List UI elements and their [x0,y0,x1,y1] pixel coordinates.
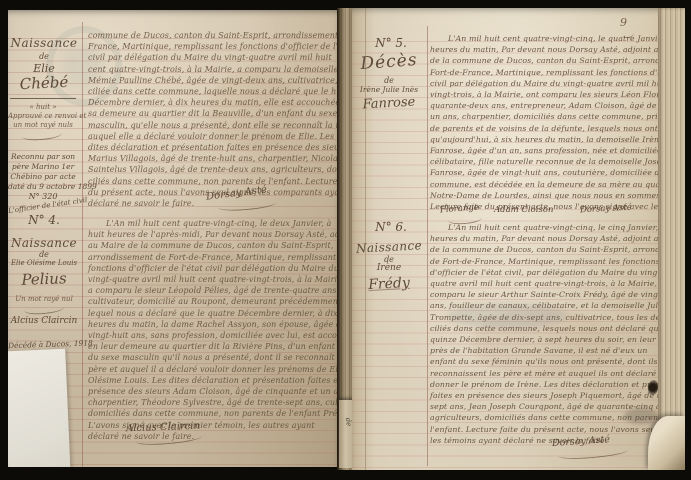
handwriting-line: enfant du sexe féminin qu'ils nous ont p… [430,356,680,367]
act-body-text: L'An mil huit cent quatre-vingt-cinq, le… [88,218,337,442]
handwriting-line: masculin, qu'elle nous a présenté, dont … [88,120,337,131]
margin-title-de: de [8,52,80,61]
margin-separator [10,98,76,99]
witness-signature: Adam Cloison [494,205,553,215]
margin-mention-line: père Marino 1er [8,162,78,171]
handwriting-line: donner le prénom de Irène. Les dites déc… [430,379,680,390]
handwriting-line: Notre-Dame de Lourdes, ainsi que nous no… [430,190,680,201]
margin-title-naissance: Naissance [8,36,80,50]
handwriting-line: du sexe masculin qu'il nous a présenté, … [88,352,337,363]
handwriting-line: France, Martinique, remplissant les fonc… [88,41,337,52]
margin-title-de: de [354,76,424,85]
act-number: N° 4. [8,213,80,227]
handwriting-line: de parents et de voisins de la défunte, … [430,123,680,134]
handwriting-line: heures du matin, Par devant nous Dorsay … [430,233,680,244]
handwriting-line: en leur demeure au quartier dit la Riviè… [88,341,337,352]
handwriting-line: heures du matin, Par devant nous Dorsay … [430,44,680,55]
handwriting-line: d'officier de l'état civil, par délégati… [430,267,680,278]
handwriting-line: a comparu le sieur Léopold Pélies, âgé d… [88,285,337,296]
left-page: Naissance de Elie Chébé « huit » Approuv… [8,10,337,467]
ink-smudge [624,408,658,424]
handwriting-line: quinze Décembre dernier, à sept heures d… [430,334,680,345]
handwriting-line: Décembre dernier, à dix heures du matin,… [88,97,337,108]
margin-note-line: un mot rayé nuls [8,121,78,129]
act-number: N° 6. [358,220,424,234]
handwriting-line: vingt-huit ans, sans profession, domicil… [88,330,337,341]
handwriting-line: heures du matin, la dame Rachel Assyon, … [88,319,337,330]
handwriting-line: Mémie Paulline Chébé, âgée de vingt-deux… [88,75,337,86]
handwriting-line: comparu le sieur Arthur Sainte-Croix Fré… [430,289,680,300]
handwriting-line: domiciliés dans cette commune, non paren… [88,408,337,419]
handwriting-line: quatre avril mil huit cent quatre-vingt-… [430,278,680,289]
margin-signature: Alcius Claircin [8,316,80,326]
margin-title-firstnames: Elie Olésime Louis [8,259,80,267]
handwriting-line: commune de Ducos, canton du Saint-Esprit… [88,30,337,41]
handwriting-line: civil par délégation du Maire du vingt-q… [88,52,337,63]
right-page: 9 N° 5. Décès de Irène Julie Inès Fanros… [352,8,685,470]
handwriting-line: Olésime Louis. Les dites déclaration et … [88,375,337,386]
handwriting-line: Fanrose, âgée de vingt-huit ans, couturi… [430,167,680,178]
margin-note-line: Un mot rayé nul [8,295,80,303]
margin-mention-line: daté du 9 octobre 1899 [8,182,78,191]
margin-mention-line: Chébino par acte [8,172,78,181]
handwriting-line: vingt-quatre avril mil huit cent quatre-… [88,274,337,285]
margin-title-naissance: Naissance [8,236,80,250]
act-body-text: L'An mil huit cent quatre-vingt-cinq, le… [430,33,680,212]
handwriting-line: présence des sieurs Adam Cloison, âgé de… [88,386,337,397]
handwriting-line: quarante-deux ans, entrepreneur, Adam Cl… [430,100,680,111]
handwriting-line: Marius Villagois, âgé de trente-huit ans… [88,153,337,164]
handwriting-line: qu'aujourd'hui, à six heures du matin, l… [430,134,680,145]
handwriting-line: père et auquel il a déclaré vouloir donn… [88,364,337,375]
handwriting-line: vingt-trois, à la Mairie, ont comparu le… [430,89,680,100]
handwriting-line: de Fort-de-France, Martinique, remplissa… [430,256,680,267]
ink-show-through [447,303,567,329]
margin-title-surname: Pelius [8,269,80,290]
handwriting-line: arrondissement de Fort-de-France, Martin… [88,252,337,263]
handwriting-line: auquel elle a déclaré vouloir donner le … [88,131,337,142]
handwriting-line: un ans, charpentier, domiciliés dans cet… [430,111,680,122]
handwriting-line: cultivateur, domicilié au Roupont, demeu… [88,296,337,307]
handwriting-line: civil par délégation du Maire du vingt-q… [430,78,680,89]
margin-note-line: « huit » [8,103,78,111]
act-number: N° 5. [358,36,424,50]
stacked-pages-edge [658,8,685,470]
handwriting-line: reconnaissent les père et mère et auquel… [430,368,680,379]
handwriting-line: ciliée dans cette commune, laquelle nous… [88,86,337,97]
handwriting-line: célibataire, fille naturelle reconnue de… [430,156,680,167]
margin-title-surname: Chébé [8,72,80,94]
act-body-text: commune de Ducos, canton du Saint-Esprit… [88,30,337,209]
handwriting-line: huit heures de l'après-midi, Par devant … [88,229,337,240]
margin-title-de: de [8,250,80,259]
margin-title-firstnames: Irène Julie Inès [354,85,424,94]
page-number: 9 [620,16,627,29]
handwriting-line: de la commune de Ducos, canton du Saint-… [430,55,680,66]
blank-paper-patch [8,349,71,467]
handwriting-line: L'An mil huit cent quatre-vingt-cinq, le… [430,222,680,233]
handwriting-line: sa demeure au quartier dit la Beauville,… [88,108,337,119]
handwriting-line: l'enfant. Lecture faite du présent acte,… [430,424,680,435]
handwriting-line: de la commune de Ducos, canton du Saint-… [430,244,680,255]
margin-title-firstname: Irène [354,263,424,273]
margin-rule [427,26,428,466]
handwriting-line: ciliés dans cette commune, non parents d… [88,176,337,187]
handwriting-line: L'An mil huit cent quatre-vingt-cinq, le… [88,218,337,229]
handwriting-line: Saintelus Villagois, âgé de trente-deux … [88,164,337,175]
handwriting-line: au Maire de la commune de Ducos, canton … [88,240,337,251]
handwriting-line: lequel nous a déclaré que le quatre Déce… [88,308,337,319]
handwriting-line: fonctions d'officier de l'état civil par… [88,263,337,274]
handwriting-line: commune, est décédée en la demeure de sa… [430,179,680,190]
margin-note-line: Approuvé ce renvoi et [8,112,78,120]
margin-mention-line: Reconnu par son [8,152,78,161]
register-scan-photo: Naissance de Elie Chébé « huit » Approuv… [0,0,691,480]
handwriting-line: L'An mil huit cent quatre-vingt-cinq, le… [430,33,680,44]
handwriting-line: Fort-de-France, Martinique, remplissant … [430,67,680,78]
handwriting-line: cent quatre-vingt-trois, à la Mairie, a … [88,64,337,75]
handwriting-line: faites en présence des sieurs Joseph Piq… [430,390,680,401]
handwriting-line: charpentier, Théodore Sylvestre, âgé de … [88,397,337,408]
handwriting-line: près de l'habitation Grande Savane, il e… [430,345,680,356]
handwriting-line: Fanrose, âgée d'un an, sans profession, … [430,145,680,156]
handwriting-line: dites déclaration et présentation faites… [88,142,337,153]
